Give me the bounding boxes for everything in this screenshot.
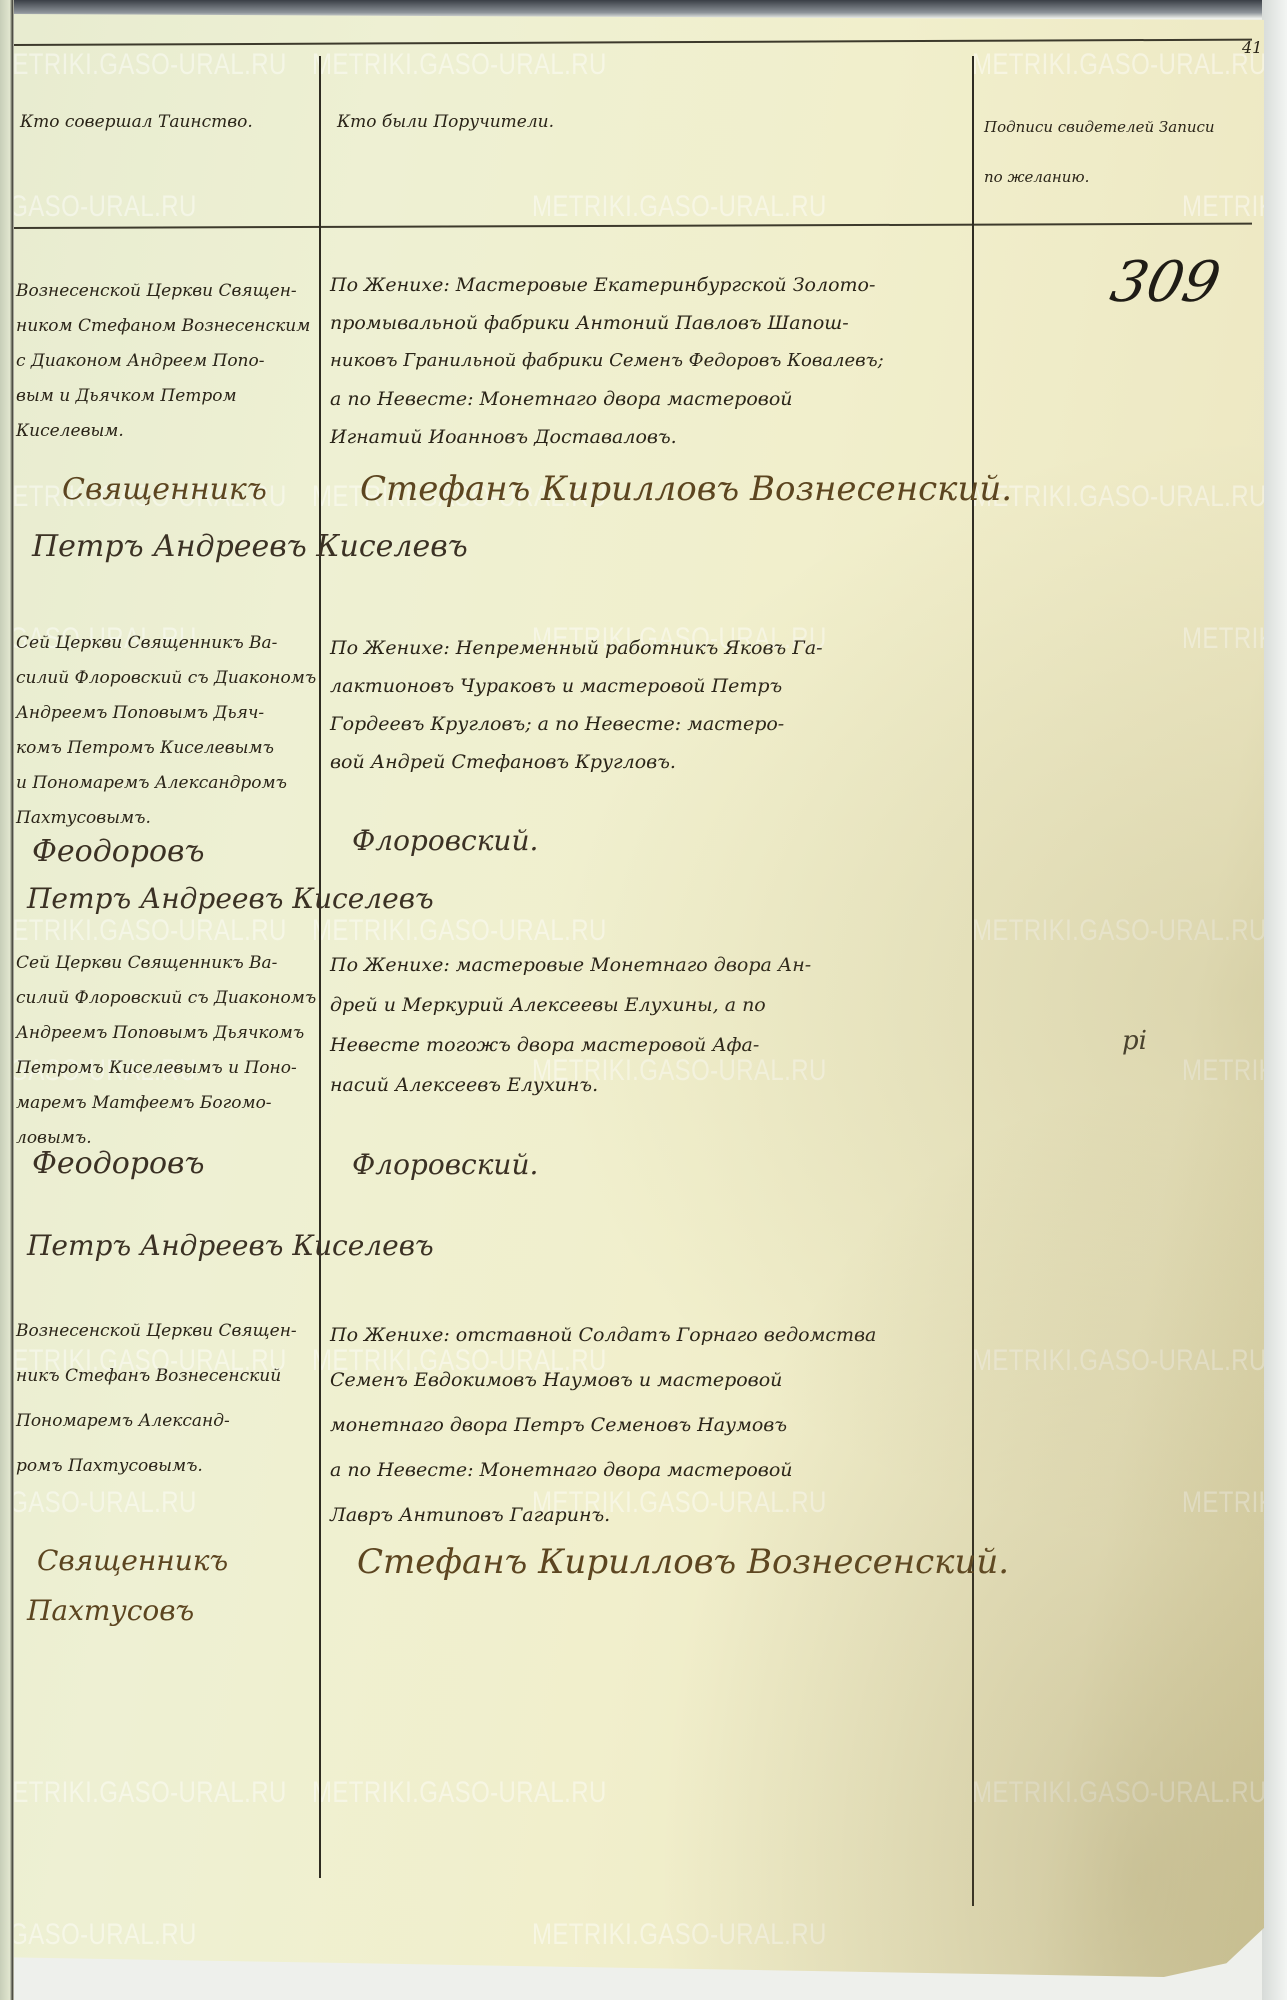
scan-right-edge	[1262, 0, 1287, 2000]
officiant-line: силий Флоровский съ Диакономъ	[16, 981, 316, 1016]
guarantor-line: а по Невесте: Монетнаго двора мастеровой	[330, 380, 793, 418]
officiant-signature-name: Петръ Андреевъ Киселевъ	[27, 1229, 434, 1262]
watermark: METRIKI.GASO-URAL.RU	[972, 1776, 1267, 1810]
guarantor-line: По Женихе: Непременный работникъ Яковъ Г…	[330, 629, 823, 667]
officiant-line: вым и Дьячком Петром	[16, 379, 237, 414]
guarantor-line: монетнаго двора Петръ Семеновъ Наумовъ	[330, 1406, 787, 1444]
officiant-line: никъ Стефанъ Вознесенский	[16, 1359, 281, 1394]
officiant-line: Петромъ Киселевымъ и Поно-	[16, 1051, 297, 1086]
watermark: METRIKI.GASO-URAL.RU	[972, 1344, 1267, 1378]
officiant-line: Вознесенской Церкви Священ-	[16, 274, 297, 309]
guarantor-line: Лавръ Антиповъ Гагаринъ.	[330, 1496, 610, 1534]
guarantor-signature: Флоровский.	[352, 824, 538, 857]
column-header-witnesses-2: по желанию.	[984, 168, 1089, 186]
officiant-line: маремъ Матфеемъ Богомо-	[16, 1086, 272, 1121]
officiant-signature-title: Священникъ	[37, 1544, 228, 1577]
guarantor-line: По Женихе: Мастеровые Екатеринбургской З…	[330, 266, 875, 304]
column-divider-2	[972, 56, 974, 1906]
watermark: METRIKI.GASO-URAL.RU	[0, 1486, 197, 1520]
guarantor-signature: Стефанъ Кирилловъ Вознесенский.	[360, 469, 1012, 509]
watermark: METRIKI.GASO-URAL.RU	[0, 914, 287, 948]
watermark: METRIKI.GASO-URAL.RU	[972, 48, 1267, 82]
watermark: METRIKI.GASO-URAL.RU	[312, 1776, 607, 1810]
guarantor-signature: Флоровский.	[352, 1148, 538, 1181]
column-header-witnesses: Подписи свидетелей Записи	[984, 118, 1215, 136]
officiant-line: ромъ Пахтусовымъ.	[16, 1449, 203, 1484]
officiant-signature-name: Петръ Андреевъ Киселевъ	[32, 529, 468, 564]
guarantor-line: промывальной фабрики Антоний Павловъ Шап…	[330, 304, 849, 342]
book-binding	[0, 0, 14, 2000]
guarantor-line: вой Андрей Стефановъ Кругловъ.	[330, 743, 676, 781]
officiant-line: Сей Церкви Священникъ Ва-	[16, 626, 277, 661]
guarantor-line: Семенъ Евдокимовъ Наумовъ и мастеровой	[330, 1361, 782, 1399]
officiant-line: силий Флоровский съ Диакономъ	[16, 661, 316, 696]
officiant-line: Пономаремъ Александ-	[16, 1404, 230, 1439]
register-number: 309	[1105, 250, 1226, 315]
guarantor-line: дрей и Меркурий Алексеевы Елухины, а по	[330, 986, 766, 1024]
officiant-line: с Диаконом Андреем Попо-	[16, 344, 264, 379]
guarantor-line: По Женихе: отставной Солдатъ Горнаго вед…	[330, 1316, 876, 1354]
watermark: METRIKI.GASO-URAL.RU	[0, 1918, 197, 1952]
ledger-page: METRIKI.GASO-URAL.RU METRIKI.GASO-URAL.R…	[12, 14, 1264, 1977]
header-top-rule	[12, 39, 1252, 46]
officiant-line: комъ Петромъ Киселевымъ	[16, 731, 274, 766]
column-header-guarantors: Кто были Поручители.	[337, 112, 554, 132]
header-bottom-rule	[12, 223, 1252, 229]
watermark: METRIKI.GASO-URAL.RU	[532, 190, 827, 224]
margin-mark: рі	[1122, 1026, 1147, 1056]
guarantor-line: Гордеевъ Кругловъ; а по Невесте: мастеро…	[330, 705, 784, 743]
watermark: METRIKI.GASO-URAL.RU	[0, 190, 197, 224]
officiant-line: Пахтусовымъ.	[16, 801, 151, 836]
watermark: METRIKI.GASO-URAL.RU	[532, 1918, 827, 1952]
guarantor-signature: Стефанъ Кирилловъ Вознесенский.	[357, 1542, 1009, 1582]
watermark: METRIKI.GASO-URAL.RU	[972, 914, 1267, 948]
officiant-signature-title: Феодоровъ	[32, 834, 205, 869]
guarantor-line: лактионовъ Чураковъ и мастеровой Петръ	[330, 667, 782, 705]
guarantor-line: никовъ Гранильной фабрики Семенъ Федоров…	[330, 342, 884, 380]
officiant-signature-title: Священникъ	[62, 472, 267, 507]
column-header-officiant: Кто совершал Таинство.	[20, 112, 253, 132]
officiant-signature-name: Петръ Андреевъ Киселевъ	[27, 882, 434, 915]
page-number: 41	[1242, 38, 1262, 57]
officiant-line: Вознесенской Церкви Священ-	[16, 1314, 297, 1349]
guarantor-line: По Женихе: мастеровые Монетнаго двора Ан…	[330, 946, 811, 984]
guarantor-line: а по Невесте: Монетнаго двора мастеровой	[330, 1451, 793, 1489]
officiant-line: Андреемъ Поповымъ Дьяч-	[16, 696, 264, 731]
watermark: METRIKI.GASO-URAL.RU	[312, 48, 607, 82]
watermark: METRIKI.GASO-URAL.RU	[972, 480, 1267, 514]
watermark: METRIKI.GASO-URAL.RU	[0, 1776, 287, 1810]
officiant-signature-title: Феодоровъ	[32, 1146, 205, 1181]
officiant-line: и Пономаремъ Александромъ	[16, 766, 287, 801]
officiant-line: Андреемъ Поповымъ Дьячкомъ	[16, 1016, 304, 1051]
watermark: METRIKI.GASO-URAL.RU	[312, 914, 607, 948]
officiant-line: Киселевым.	[16, 414, 124, 449]
guarantor-line: Игнатий Иоанновъ Доставаловъ.	[330, 418, 677, 456]
officiant-signature-name: Пахтусовъ	[27, 1594, 194, 1627]
guarantor-line: насий Алексеевъ Елухинъ.	[330, 1066, 598, 1104]
watermark: METRIKI.GASO-URAL.RU	[0, 48, 287, 82]
officiant-line: Сей Церкви Священникъ Ва-	[16, 946, 277, 981]
column-divider-1	[319, 56, 321, 1878]
guarantor-line: Невесте тогожъ двора мастеровой Афа-	[330, 1026, 759, 1064]
officiant-line: ником Стефаном Вознесенским	[16, 309, 310, 344]
